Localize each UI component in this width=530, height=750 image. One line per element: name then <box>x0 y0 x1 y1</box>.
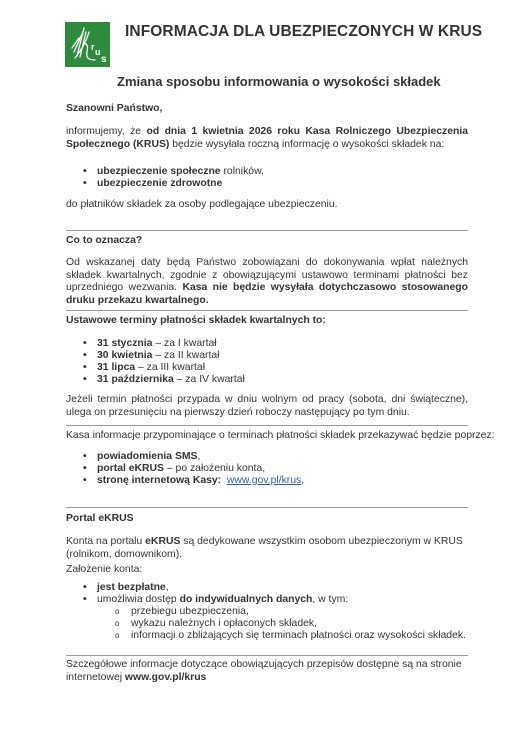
footer-text: Szczegółowe informacje dotyczące obowiąz… <box>66 659 468 684</box>
greeting: Szanowni Państwo, <box>66 103 162 116</box>
sublist-item: przebiegu ubezpieczenia, <box>115 606 466 618</box>
list-item: portal eKRUS – po założeniu konta, <box>83 463 304 475</box>
reminders-list: powiadomienia SMS, portal eKRUS – po zał… <box>83 451 304 487</box>
deadlines-list: 31 stycznia – za I kwartał 30 kwietnia –… <box>83 338 245 386</box>
page-subtitle: Zmiana sposobu informowania o wysokości … <box>117 74 441 89</box>
reminders-intro: Kasa informacje przypominające o termina… <box>66 430 495 443</box>
portal-paragraph: Konta na portalu eKRUS są dedykowane wsz… <box>66 536 468 561</box>
deadlines-note: Jeżeli termin płatności przypada w dniu … <box>66 394 468 419</box>
page-title: INFORMACJA DLA UBEZPIECZONYCH W KRUS <box>125 23 482 41</box>
list-item: 30 kwietnia – za II kwartał <box>83 350 245 362</box>
account-list: jest bezpłatne, umożliwia dostęp do indy… <box>83 582 348 606</box>
section-heading-meaning: Co to oznacza? <box>66 235 142 248</box>
account-label: Założenie konta: <box>66 564 142 577</box>
list-item: ubezpieczenie społeczne rolników, <box>83 166 264 178</box>
list-item: 31 stycznia – za I kwartał <box>83 338 245 350</box>
account-sublist: przebiegu ubezpieczenia, wykazu należnyc… <box>115 606 466 641</box>
divider <box>66 425 468 426</box>
list-item: 31 października – za IV kwartał <box>83 374 245 386</box>
list-item: umożliwia dostęp do indywidualnych danyc… <box>83 594 348 606</box>
insurance-list: ubezpieczenie społeczne rolników, ubezpi… <box>83 166 264 190</box>
sublist-item: informacji o zbliżających się terminach … <box>115 630 466 642</box>
svg-text:u: u <box>95 47 101 57</box>
list-item: 31 lipca – za III kwartał <box>83 362 245 374</box>
intro-paragraph: informujemy, że od dnia 1 kwietnia 2026 … <box>66 126 468 151</box>
meaning-paragraph: Od wskazanej daty będą Państwo zobowiąza… <box>66 257 468 307</box>
list-item: ubezpieczenie zdrowotne <box>83 178 264 190</box>
intro-text-end: będzie wysyłała roczną informację o wyso… <box>169 139 444 150</box>
footer-link: www.gov.pl/krus <box>125 672 206 683</box>
divider <box>66 230 468 231</box>
divider <box>66 655 468 656</box>
document-page: r u s INFORMACJA DLA UBEZPIECZONYCH W KR… <box>0 0 530 750</box>
krus-logo-icon: r u s <box>65 22 110 67</box>
sublist-item: wykazu należnych i opłaconych składek, <box>115 618 466 630</box>
list-item: powiadomienia SMS, <box>83 451 304 463</box>
list-item: stronę internetową Kasy: www.gov.pl/krus… <box>83 475 304 487</box>
section-heading-portal: Portal eKRUS <box>66 513 134 526</box>
divider <box>66 310 468 311</box>
svg-text:s: s <box>101 54 107 65</box>
krus-website-link[interactable]: www.gov.pl/krus <box>227 475 301 486</box>
divider <box>66 507 468 508</box>
list-item: jest bezpłatne, <box>83 582 348 594</box>
intro-closing: do płatników składek za osoby podlegając… <box>66 199 338 212</box>
section-heading-deadlines: Ustawowe terminy płatności składek kwart… <box>66 315 326 328</box>
krus-logo: r u s <box>65 22 110 67</box>
intro-text: informujemy, że <box>66 126 146 137</box>
